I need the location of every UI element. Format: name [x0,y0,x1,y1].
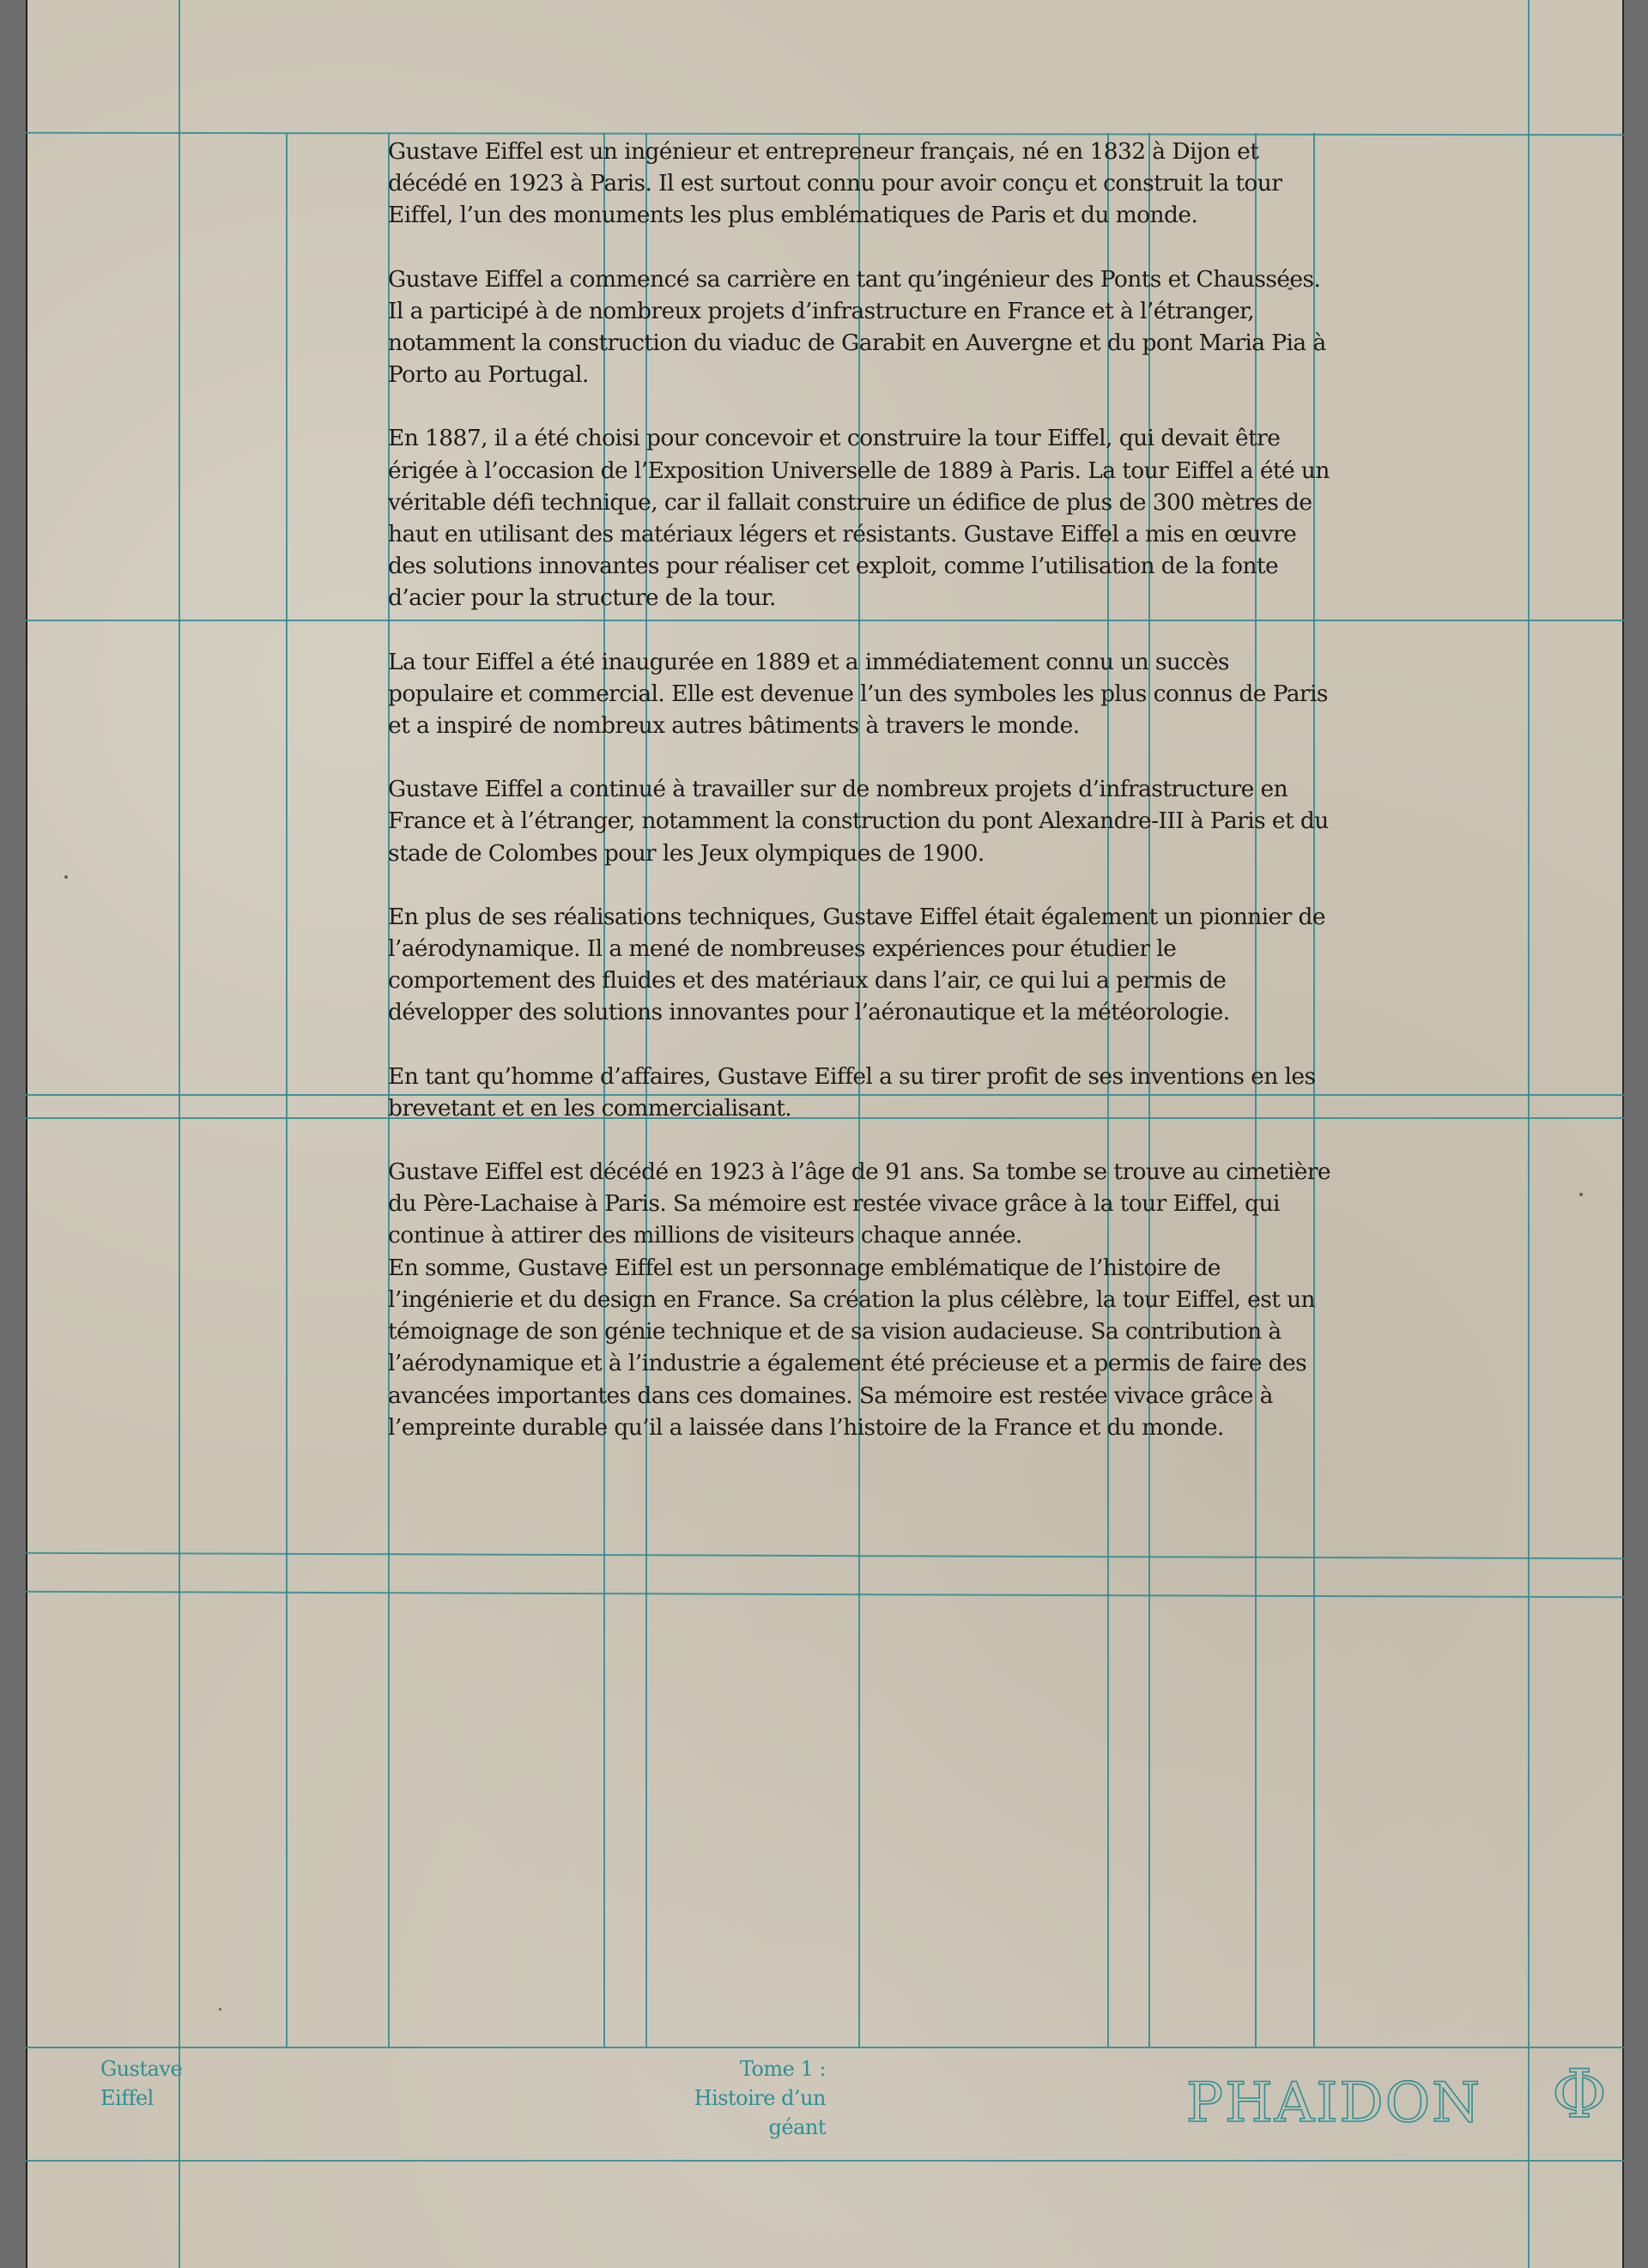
cover-blurb: Gustave Eiffel est un ingénieur et entre… [388,136,1332,1475]
paragraph-7: En tant qu’homme d’affaires, Gustave Eif… [388,1061,1332,1124]
grid-line-horizontal [26,2160,1624,2162]
grid-line-vertical [1528,0,1530,2268]
grid-line-vertical [179,0,180,2268]
paragraph-4: La tour Eiffel a été inaugurée en 1889 e… [388,646,1332,742]
paragraph-9: En somme, Gustave Eiffel est un personna… [388,1252,1332,1443]
paragraph-5: Gustave Eiffel a continué à travailler s… [388,773,1332,869]
grid-line-horizontal [26,2047,1624,2048]
paragraph-3: En 1887, il a été choisi pour concevoir … [388,422,1332,614]
volume-subtitle-line2: géant [601,2113,826,2142]
grid-line-vertical [286,133,288,2047]
paragraph-8: Gustave Eiffel est décédé en 1923 à l’âg… [388,1156,1332,1252]
paragraph-2: Gustave Eiffel a commencé sa carrière en… [388,263,1332,391]
volume-number: Tome 1 : [601,2054,826,2084]
volume-title: Tome 1 : Histoire d’un géant [601,2054,826,2142]
phi-icon: Φ [1552,2061,1607,2128]
author-name: Gustave Eiffel [100,2054,182,2113]
paragraph-6: En plus de ses réalisations techniques, … [388,901,1332,1029]
paragraph-1: Gustave Eiffel est un ingénieur et entre… [388,136,1332,232]
author-last-name: Eiffel [100,2084,182,2113]
volume-subtitle-line1: Histoire d’un [601,2084,826,2113]
publisher-name: PHAIDON [1186,2071,1481,2135]
author-first-name: Gustave [100,2054,182,2084]
